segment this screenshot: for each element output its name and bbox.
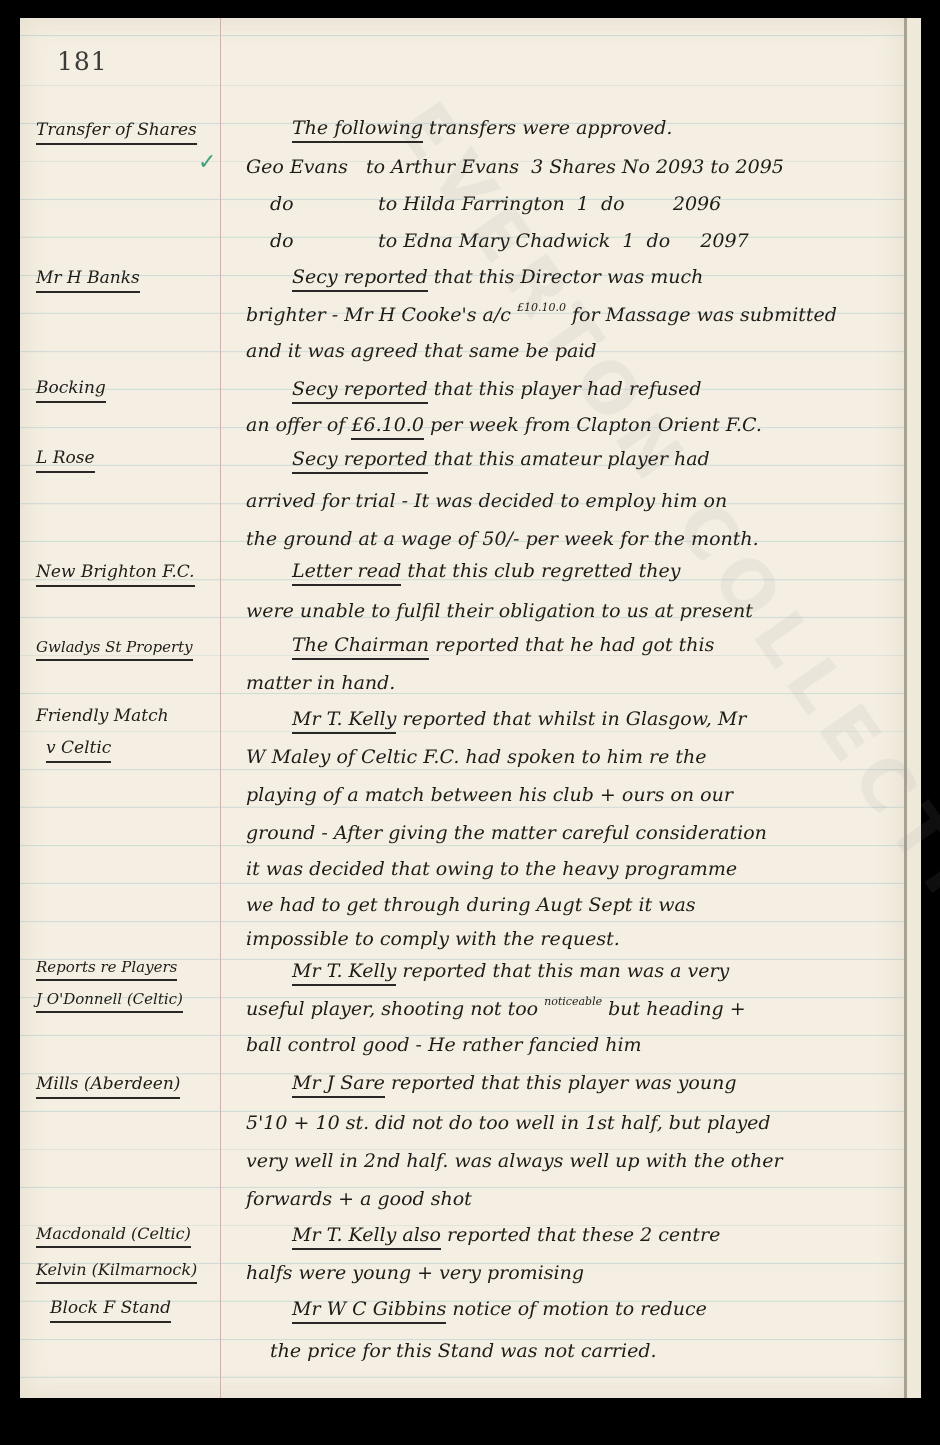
entry-line: playing of a match between his club + ou… [246, 784, 733, 806]
entry-line: were unable to fulfil their obligation t… [246, 600, 753, 622]
entry-line: impossible to comply with the request. [246, 928, 620, 950]
margin-heading-l-rose: L Rose [36, 448, 95, 473]
entry-line: useful player, shooting not too noticeab… [246, 998, 746, 1020]
margin-heading-gwladys-st-property: Gwladys St Property [36, 638, 193, 661]
entry-line: ball control good - He rather fancied hi… [246, 1034, 642, 1056]
entry-line: Mr T. Kelly reported that this man was a… [292, 960, 729, 982]
entry-line: Secy reported that this amateur player h… [292, 448, 710, 470]
entry-line: 5'10 + 10 st. did not do too well in 1st… [246, 1112, 771, 1134]
margin-heading-transfer-of-shares: Transfer of Shares [36, 120, 197, 145]
entry-line: very well in 2nd half. was always well u… [246, 1150, 783, 1172]
margin-heading-new-brighton-fc: New Brighton F.C. [36, 562, 195, 587]
margin-heading-mr-h-banks: Mr H Banks [36, 268, 140, 293]
entry-line: arrived for trial - It was decided to em… [246, 490, 727, 512]
entry-line: do to Hilda Farrington 1 do 2096 [270, 193, 721, 215]
entry-line: do to Edna Mary Chadwick 1 do 2097 [270, 230, 749, 252]
entry-line: The Chairman reported that he had got th… [292, 634, 714, 656]
margin-heading-macdonald-celtic: Macdonald (Celtic) [36, 1224, 191, 1248]
entry-line: Secy reported that this Director was muc… [292, 266, 703, 288]
entry-line: Mr T. Kelly reported that whilst in Glas… [292, 708, 746, 730]
margin-heading-friendly-match: Friendly Match [36, 706, 169, 726]
entry-line: forwards + a good shot [246, 1188, 472, 1210]
margin-rule [220, 18, 221, 1398]
entry-line: we had to get through during Augt Sept i… [246, 894, 696, 916]
margin-heading-mills-aberdeen: Mills (Aberdeen) [36, 1074, 180, 1099]
entry-line: it was decided that owing to the heavy p… [246, 858, 737, 880]
entry-line: Mr W C Gibbins notice of motion to reduc… [292, 1298, 707, 1320]
entry-line: the price for this Stand was not carried… [270, 1340, 657, 1362]
margin-heading-bocking: Bocking [36, 378, 106, 403]
margin-heading-block-f-stand: Block F Stand [50, 1298, 171, 1323]
margin-heading-reports-re-players: Reports re Players [36, 958, 177, 981]
entry-line: Mr T. Kelly also reported that these 2 c… [292, 1224, 720, 1246]
entry-line: W Maley of Celtic F.C. had spoken to him… [246, 746, 707, 768]
entry-line: brighter - Mr H Cooke's a/c £10.10.0 for… [246, 304, 837, 326]
page-number: 181 [57, 47, 108, 76]
margin-heading-v-celtic: v Celtic [46, 738, 111, 763]
entry-line: halfs were young + very promising [246, 1262, 584, 1284]
entry-line: and it was agreed that same be paid [246, 340, 597, 362]
entry-line: an offer of £6.10.0 per week from Clapto… [246, 414, 762, 436]
entry-line: Secy reported that this player had refus… [292, 378, 702, 400]
entry-line: matter in hand. [246, 672, 395, 694]
book-spine-edge [904, 18, 921, 1398]
entry-line: Geo Evans to Arthur Evans 3 Shares No 20… [246, 156, 784, 178]
margin-heading-j-odonnell: J O'Donnell (Celtic) [36, 990, 183, 1013]
entry-line: The following transfers were approved. [292, 117, 672, 139]
check-mark-icon: ✓ [198, 150, 216, 175]
entry-line: Letter read that this club regretted the… [292, 560, 681, 582]
entry-line: the ground at a wage of 50/- per week fo… [246, 528, 759, 550]
entry-line: ground - After giving the matter careful… [246, 822, 767, 844]
margin-heading-kelvin-kilmarnock: Kelvin (Kilmarnock) [36, 1260, 197, 1284]
entry-line: Mr J Sare reported that this player was … [292, 1072, 737, 1094]
